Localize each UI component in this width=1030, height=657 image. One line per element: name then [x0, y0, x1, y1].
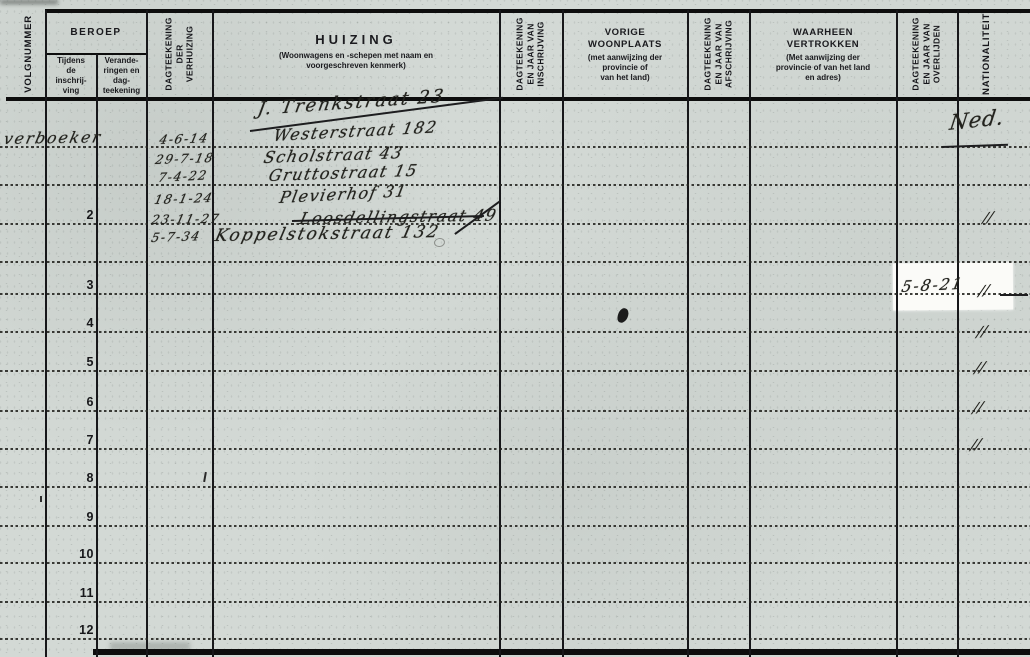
register-scan-page: VOLGNUMMER BEROEP Tijdens de inschrij- v… [0, 0, 1030, 657]
nationality-entry: Ned. [948, 105, 1006, 135]
move-date: 18-1-24 [153, 190, 215, 207]
row-rule [0, 601, 1030, 603]
row-number: 7 [0, 433, 94, 447]
dagteekening-afschrijving-label: DAGTEEKENING EN JAAR VAN AFSCHRIJVING [703, 17, 735, 90]
dagteekening-verhuizing-label: DAGTEEKENING DER VERHUIZING [164, 17, 196, 90]
pen-mark [40, 496, 42, 502]
column-rule [749, 10, 751, 657]
column-header-beroep: BEROEP [46, 12, 146, 52]
move-address: Westerstraat 182 [272, 117, 439, 145]
move-date: 7-4-22 [157, 167, 209, 185]
row-number: 12 [0, 623, 94, 637]
column-header-beroep-tijdens: Tijdens de inschrij- ving [46, 55, 96, 97]
column-header-vorige-woonplaats: VORIGE WOONPLAATS (met aanwijzing der pr… [563, 12, 687, 98]
column-header-waarheen-vertrokken: WAARHEEN VERTROKKEN (Met aanwijzing der … [750, 12, 896, 98]
scan-edge-smudge [0, 0, 58, 4]
beroep-tijdens-label: Tijdens de inschrij- ving [55, 56, 86, 96]
row-rule [0, 146, 1030, 148]
row-rule [0, 331, 1030, 333]
row-number: 10 [0, 547, 94, 561]
waarheen-subtitle: (Met aanwijzing der provincie of van het… [776, 53, 870, 83]
column-rule [146, 10, 148, 657]
column-rule [562, 10, 564, 657]
column-rule [896, 10, 898, 657]
nationaliteit-label: NATIONALITEIT [981, 13, 993, 95]
row-rule [0, 486, 1030, 488]
patch-dash [1000, 294, 1028, 296]
ink-blot [616, 307, 630, 324]
column-rule [687, 10, 689, 657]
row-rule [0, 638, 1030, 640]
faint-mark [433, 237, 445, 248]
huizing-subtitle: (Woonwagens en -schepen met naam en voor… [279, 51, 433, 71]
ditto-mark: // [969, 436, 983, 454]
column-header-nationaliteit: NATIONALITEIT [958, 10, 1015, 98]
row-rule [0, 261, 1030, 263]
row-rule [0, 184, 1030, 186]
occupation-note: verboeker [2, 128, 104, 148]
ditto-mark: // [971, 399, 985, 417]
row-number: 5 [0, 355, 94, 369]
row-number: 9 [0, 510, 94, 524]
column-header-dagteekening-verhuizing: DAGTEEKENING DER VERHUIZING [147, 10, 212, 98]
row-number: 2 [0, 208, 94, 222]
beroep-veranderingen-label: Verande- ringen en dag- teekening [103, 56, 140, 96]
column-header-dagteekening-inschrijving: DAGTEEKENING EN JAAR VAN INSCHRIJVING [500, 10, 562, 98]
move-date: 5-7-34 [150, 228, 202, 245]
dagteekening-overlijden-label: DAGTEEKENING EN JAAR VAN OVERLIJDEN [911, 17, 943, 90]
overlijden-date-entry: 5-8-21 [900, 275, 965, 296]
beroep-label: BEROEP [70, 27, 121, 38]
huizing-title: HUIZING [315, 32, 396, 47]
move-date: 29-7-18 [154, 150, 216, 167]
ditto-mark: // [973, 359, 987, 377]
row-number: 8 [0, 471, 94, 485]
first-address: J. Trenkstraat 23 [256, 86, 447, 120]
row-number: 11 [0, 586, 94, 600]
dagteekening-inschrijving-label: DAGTEEKENING EN JAAR VAN INSCHRIJVING [515, 17, 547, 90]
column-rule [957, 10, 959, 657]
move-date: 4-6-14 [158, 130, 210, 147]
move-address: Koppelstokstraat 132 [213, 222, 442, 246]
column-rule [212, 10, 214, 657]
row-rule [0, 293, 1030, 295]
row-number: 3 [0, 278, 94, 292]
column-header-volgnummer: VOLGNUMMER [12, 10, 46, 98]
move-date: 23-11-27 [150, 211, 222, 227]
column-header-huizing: HUIZING (Woonwagens en -schepen met naam… [213, 14, 499, 88]
waarheen-title: WAARHEEN VERTROKKEN [787, 27, 860, 51]
column-rule [499, 10, 501, 657]
column-header-beroep-veranderingen: Verande- ringen en dag- teekening [97, 55, 146, 97]
row-rule [0, 562, 1030, 564]
row-rule [0, 525, 1030, 527]
pen-mark [203, 472, 207, 482]
row-rule [0, 370, 1030, 372]
column-header-volgnummer-label: VOLGNUMMER [23, 15, 35, 93]
column-header-dagteekening-overlijden: DAGTEEKENING EN JAAR VAN OVERLIJDEN [897, 10, 957, 98]
row-number: 6 [0, 395, 94, 409]
row-number: 4 [0, 316, 94, 330]
row-rule [0, 448, 1030, 450]
row-rule [0, 410, 1030, 412]
vorige-woonplaats-title: VORIGE WOONPLAATS [588, 27, 662, 51]
column-header-dagteekening-afschrijving: DAGTEEKENING EN JAAR VAN AFSCHRIJVING [688, 10, 749, 98]
vorige-woonplaats-subtitle: (met aanwijzing der provincie of van het… [588, 53, 662, 83]
